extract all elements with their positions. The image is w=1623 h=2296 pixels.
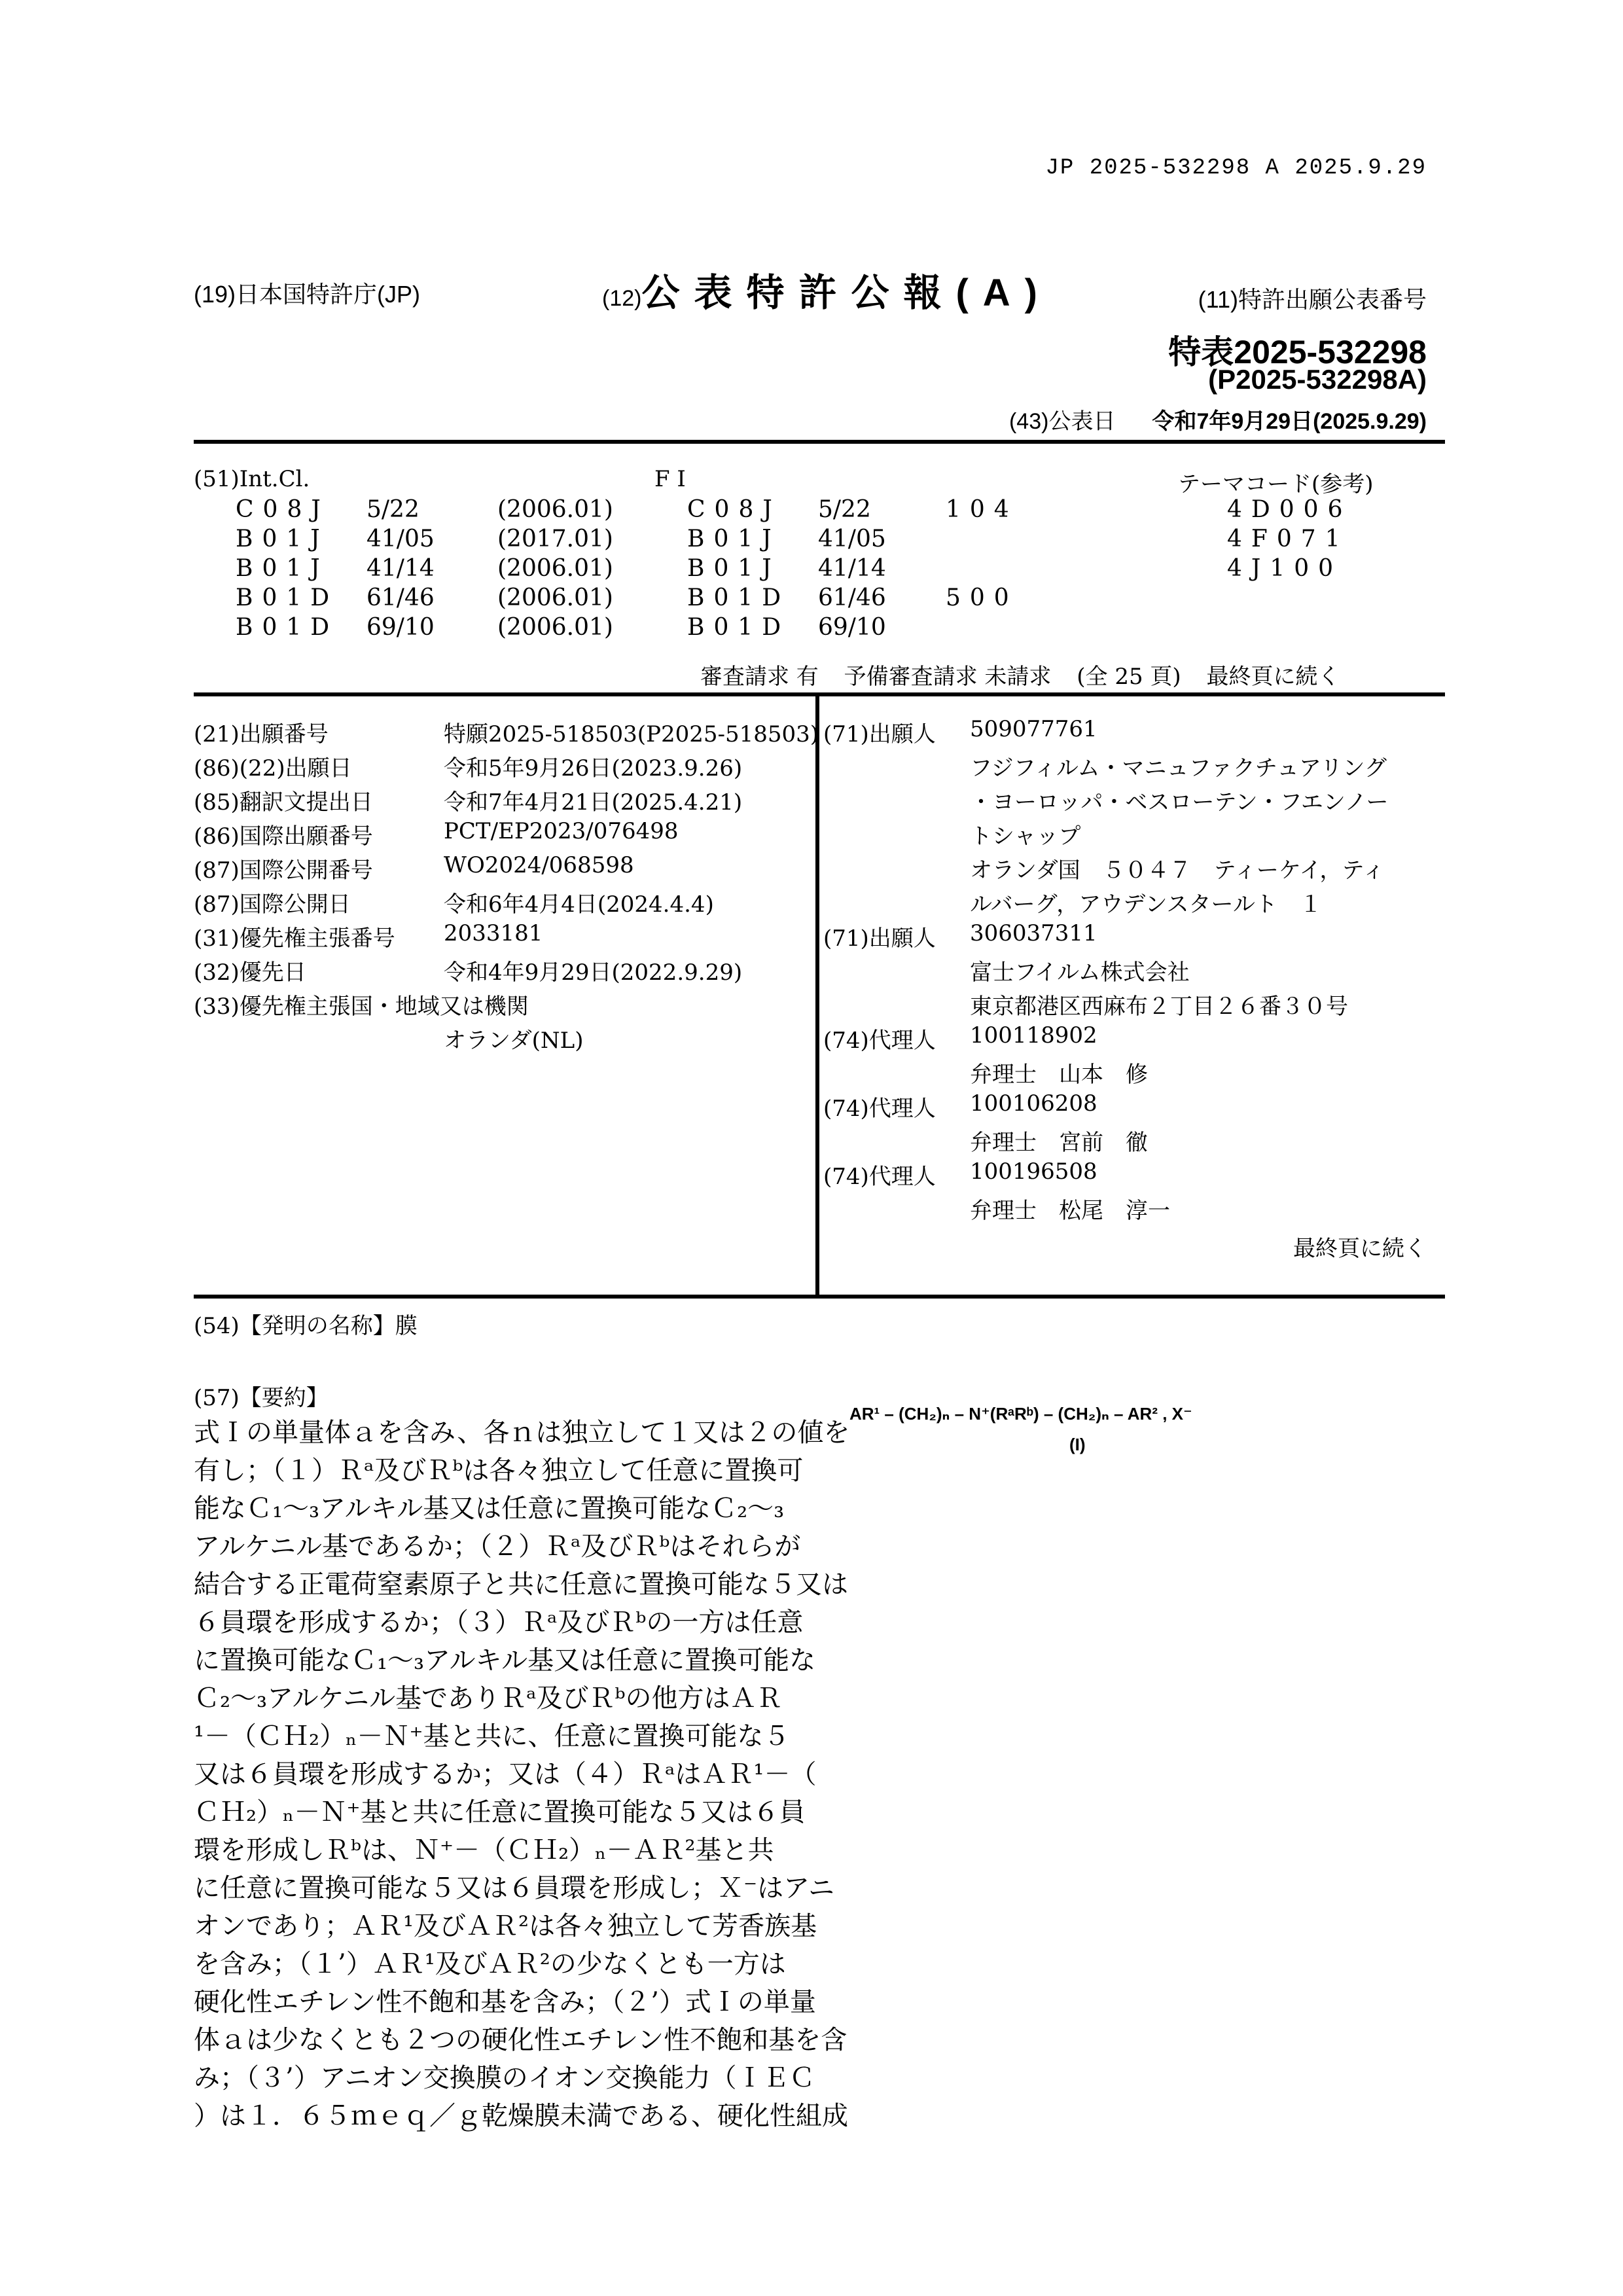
abstract-line: 環を形成しＲᵇは、Ｎ⁺－（ＣＨ₂）ₙ－ＡＲ²基と共 (194, 1831, 822, 1869)
ipc-group: 41/14 (366, 555, 435, 582)
abstract-line: 硬化性エチレン性不飽和基を含み；（２’）式Ｉの単量 (194, 1983, 822, 2021)
intcl-label: (51)Int.Cl. (194, 466, 310, 492)
field-value: 弁理士 宮前 徹 (970, 1124, 1148, 1157)
continued-note: 最終頁に続く (1293, 1230, 1427, 1263)
abstract-line: 式Ｉの単量体ａを含み、各ｎは独立して１又は２の値を (194, 1414, 822, 1452)
field-label: (71)出願人 (823, 716, 936, 748)
publication-kind-code: (12) (602, 286, 641, 311)
abstract-line: オンであり；ＡＲ¹及びＡＲ²は各々独立して芳香族基 (194, 1907, 822, 1945)
document-id-header: JP 2025-532298 A 2025.9.29 (1046, 156, 1427, 181)
theme-code: 4J100 (1227, 555, 1342, 582)
abstract-line: ＣＨ₂）ₙ－Ｎ⁺基と共に任意に置換可能な５又は６員 (194, 1793, 822, 1831)
examination-status: 審査請求 有 予備審査請求 未請求 (全 25 頁) 最終頁に続く (700, 658, 1358, 691)
fi-group: 69/10 (818, 614, 886, 641)
fi-class: B01J (687, 526, 781, 552)
field-value: 100196508 (970, 1158, 1097, 1185)
abstract-line: 体ａは少なくとも２つの硬化性エチレン性不飽和基を含 (194, 2021, 822, 2059)
abstract-line: ¹－（ＣＨ₂）ₙ－Ｎ⁺基と共に、任意に置換可能な５ (194, 1717, 822, 1755)
ipc-version: (2006.01) (497, 496, 613, 523)
fi-class: B01D (687, 614, 790, 641)
fi-extra: 104 (946, 496, 1018, 523)
ipc-class: B01D (236, 584, 338, 611)
abstract-line: 能なＣ₁～₃アルキル基又は任意に置換可能なＣ₂～₃ (194, 1490, 822, 1528)
field-label: (74)代理人 (823, 1090, 936, 1122)
publication-date-label: (43)公表日 (1009, 409, 1115, 434)
field-value: 306037311 (970, 920, 1097, 946)
abstract-line: み；（３’）アニオン交換膜のイオン交換能力（ＩＥＣ (194, 2059, 822, 2097)
field-value: フジフィルム・マニュファクチュアリング (970, 750, 1387, 782)
abstract-label: (57)【要約】 (194, 1380, 329, 1412)
abstract-text: 式Ｉの単量体ａを含み、各ｎは独立して１又は２の値を 有し；（１）Ｒᵃ及びＲᵇは各… (194, 1414, 822, 2135)
ipc-class: B01J (236, 526, 329, 552)
page-count: (全 25 頁) (1077, 664, 1181, 690)
examination-request: 審査請求 有 (700, 664, 819, 690)
publication-date-value: 令和7年9月29日(2025.9.29) (1152, 409, 1427, 434)
field-value: オランダ国 ５０４７ ティーケイ，ティ (970, 852, 1385, 884)
field-value: 富士フイルム株式会社 (970, 954, 1190, 986)
ipc-version: (2006.01) (497, 614, 613, 641)
publication-kind-title: 公表特許公報(A) (641, 272, 1052, 314)
abstract-line: Ｃ₂～₃アルケニル基でありＲᵃ及びＲᵇの他方はＡＲ (194, 1679, 822, 1717)
preliminary-examination: 予備審査請求 未請求 (844, 664, 1052, 690)
divider-middle (194, 692, 1445, 696)
field-label: (85)翻訳文提出日 (194, 784, 373, 816)
field-label: (33)優先権主張国・地域又は機関 (194, 988, 529, 1020)
ipc-version: (2006.01) (497, 555, 613, 582)
field-value: 特願2025-518503(P2025-518503) (444, 716, 819, 748)
field-value: 弁理士 松尾 淳一 (970, 1193, 1170, 1225)
publication-date: (43)公表日令和7年9月29日(2025.9.29) (1009, 403, 1427, 435)
fi-extra: 500 (946, 584, 1018, 611)
abstract-line: 又は６員環を形成するか；又は（４）ＲᵃはＡＲ¹－（ (194, 1755, 822, 1793)
field-label: (71)出願人 (823, 920, 936, 952)
issuing-office: (19)日本国特許庁(JP) (194, 276, 420, 310)
field-label: (74)代理人 (823, 1158, 936, 1191)
field-value: 509077761 (970, 716, 1097, 742)
ipc-group: 69/10 (366, 614, 435, 641)
field-value: 令和7年4月21日(2025.4.21) (444, 784, 742, 816)
publication-number-alt: (P2025-532298A) (1208, 364, 1427, 395)
abstract-line: 結合する正電荷窒素原子と共に任意に置換可能な５又は (194, 1566, 822, 1604)
column-divider (815, 696, 819, 1299)
fi-group: 5/22 (818, 496, 871, 523)
ipc-version: (2006.01) (497, 584, 613, 611)
invention-title: (54)【発明の名称】膜 (194, 1308, 418, 1340)
fi-group: 41/14 (818, 555, 886, 582)
fi-class: B01J (687, 555, 781, 582)
field-value: ルバーグ，アウデンスタールト １ (970, 886, 1322, 918)
field-value: ・ヨーロッパ・ベスローテン・フエンノー (970, 784, 1389, 816)
fi-class: B01D (687, 584, 790, 611)
field-label: (21)出願番号 (194, 716, 329, 748)
continued-note: 最終頁に続く (1206, 664, 1340, 690)
field-value: 令和6年4月4日(2024.4.4) (444, 886, 714, 918)
ipc-class: B01J (236, 555, 329, 582)
field-value: 令和4年9月29日(2022.9.29) (444, 954, 742, 986)
divider-bottom (194, 1295, 1445, 1299)
field-value: 100118902 (970, 1022, 1097, 1049)
field-value: PCT/EP2023/076498 (444, 818, 679, 844)
abstract-line: に任意に置換可能な５又は６員環を形成し；Ｘ⁻はアニ (194, 1869, 822, 1907)
field-label: (74)代理人 (823, 1022, 936, 1054)
field-label: (31)優先権主張番号 (194, 920, 395, 952)
theme-code: 4F071 (1227, 526, 1349, 552)
fi-label: F I (654, 466, 686, 492)
field-value: 弁理士 山本 修 (970, 1056, 1148, 1088)
field-label: (87)国際公開日 (194, 886, 351, 918)
fi-class: C08J (687, 496, 781, 523)
field-label: (87)国際公開番号 (194, 852, 373, 884)
field-label: (32)優先日 (194, 954, 306, 986)
theme-code: 4D006 (1227, 496, 1351, 523)
field-value: WO2024/068598 (444, 852, 634, 878)
chemical-formula: AR¹ – (CH₂)ₙ – N⁺(RᵃRᵇ) – (CH₂)ₙ – AR² ,… (849, 1404, 1192, 1424)
divider-top (194, 440, 1445, 444)
field-value: オランダ(NL) (444, 1022, 584, 1054)
formula-label: (I) (1069, 1435, 1086, 1455)
abstract-line: に置換可能なＣ₁～₃アルキル基又は任意に置換可能な (194, 1641, 822, 1679)
publication-number-label: (11)特許出願公表番号 (1198, 281, 1427, 315)
publication-kind: (12)公表特許公報(A) (602, 262, 1052, 317)
abstract-line: ６員環を形成するか；（３）Ｒᵃ及びＲᵇの一方は任意 (194, 1604, 822, 1641)
field-value: 令和5年9月26日(2023.9.26) (444, 750, 742, 782)
abstract-line: ）は１．６５ｍｅｑ／ｇ乾燥膜未満である、硬化性組成 (194, 2097, 822, 2135)
field-label: (86)(22)出願日 (194, 750, 352, 782)
field-value: トシャップ (970, 818, 1080, 850)
ipc-class: C08J (236, 496, 330, 523)
abstract-line: を含み；（１’）ＡＲ¹及びＡＲ²の少なくとも一方は (194, 1945, 822, 1983)
ipc-version: (2017.01) (497, 526, 613, 552)
theme-code-label: テーマコード(参考) (1178, 466, 1374, 498)
field-value: 100106208 (970, 1090, 1097, 1117)
field-value: 2033181 (444, 920, 543, 946)
fi-group: 61/46 (818, 584, 886, 611)
fi-group: 41/05 (818, 526, 886, 552)
ipc-group: 5/22 (366, 496, 419, 523)
abstract-line: 有し；（１）Ｒᵃ及びＲᵇは各々独立して任意に置換可 (194, 1452, 822, 1490)
field-label: (86)国際出願番号 (194, 818, 373, 850)
ipc-group: 61/46 (366, 584, 435, 611)
field-value: 東京都港区西麻布２丁目２６番３０号 (970, 988, 1348, 1020)
ipc-group: 41/05 (366, 526, 435, 552)
abstract-line: アルケニル基であるか；（２）Ｒᵃ及びＲᵇはそれらが (194, 1528, 822, 1566)
ipc-class: B01D (236, 614, 338, 641)
